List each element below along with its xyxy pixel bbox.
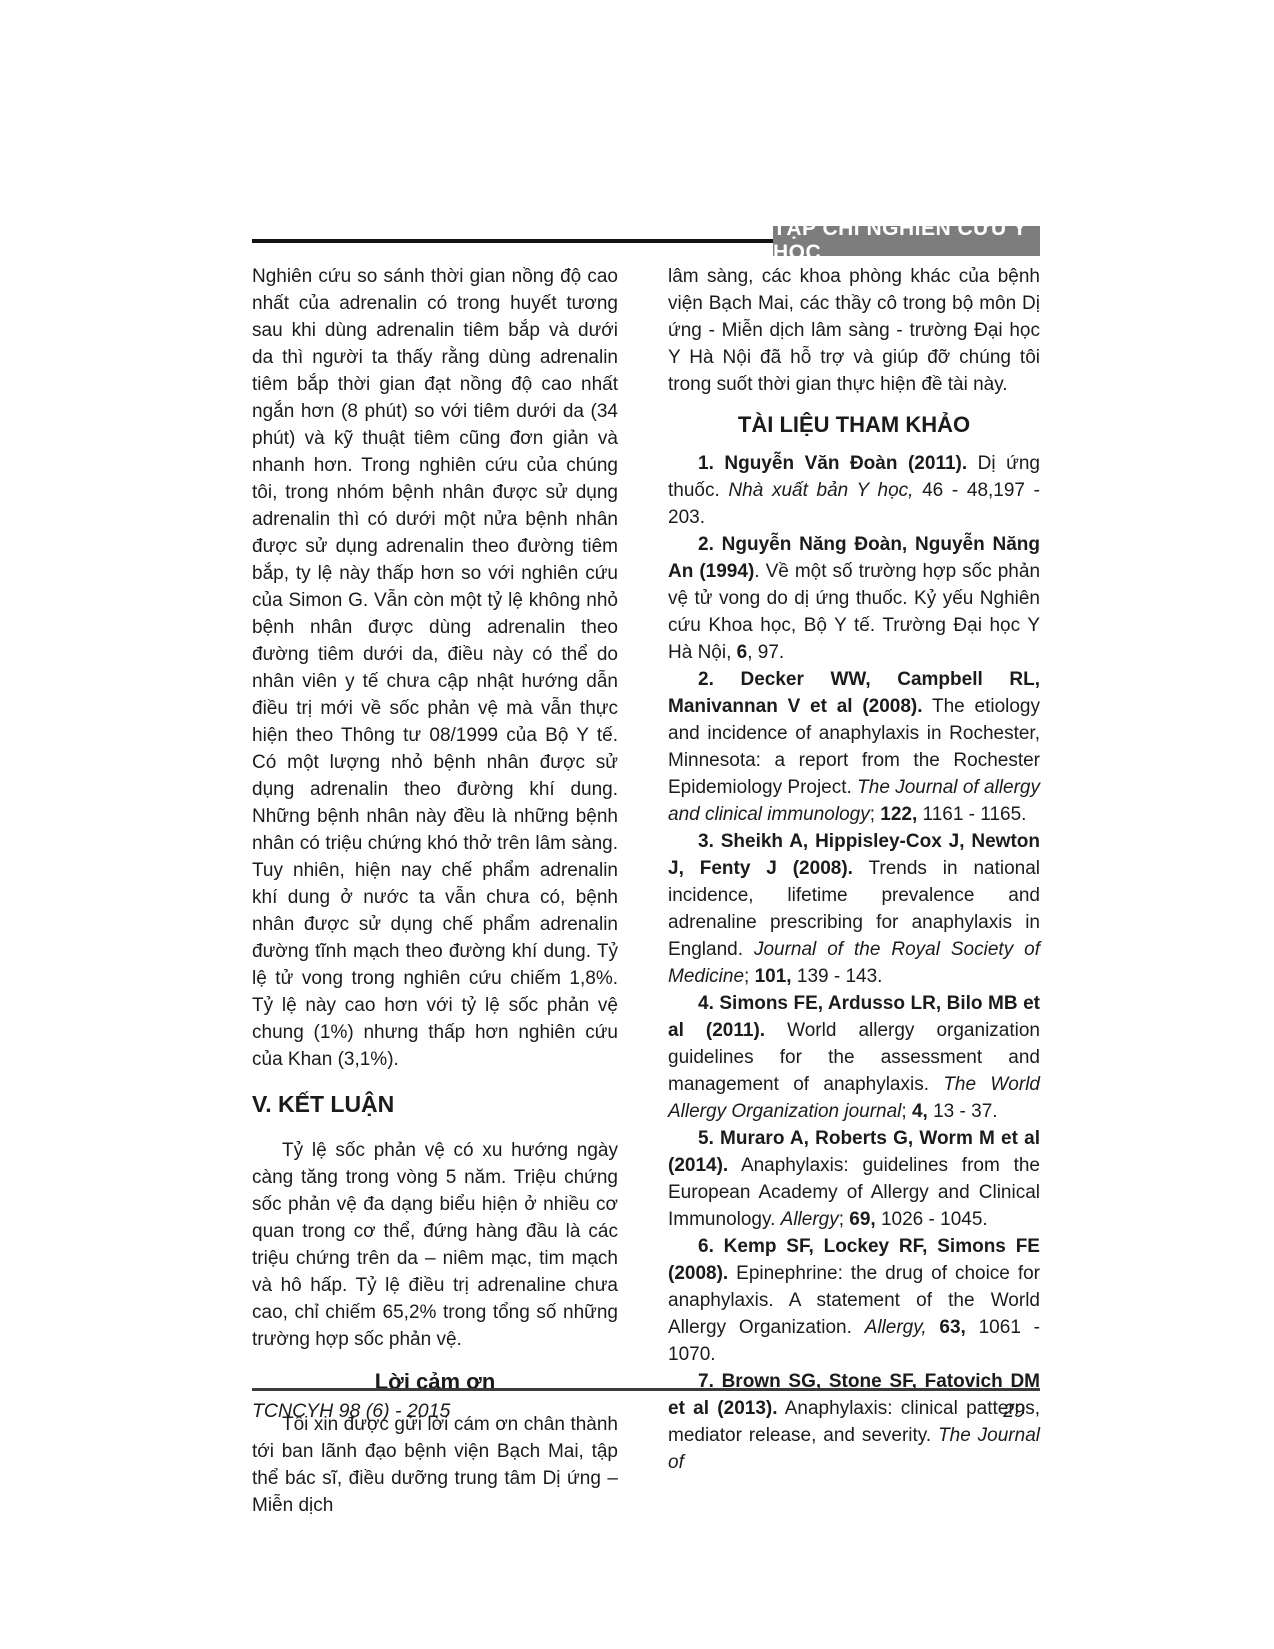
page-content: TẠP CHÍ NGHIÊN CỨU Y HỌC Nghiên cứu so s… [252, 226, 1040, 1519]
page-number: 29 [1003, 1400, 1040, 1423]
conclusion-heading: V. KẾT LUẬN [252, 1091, 618, 1118]
acknowledgement-paragraph: Tôi xin được gửi lời cám ơn chân thành t… [252, 1411, 618, 1519]
acknowledgement-continued-paragraph: lâm sàng, các khoa phòng khác của bệnh v… [668, 263, 1040, 398]
page-footer: TCNCYH 98 (6) - 2015 29 [252, 1388, 1040, 1423]
right-column: lâm sàng, các khoa phòng khác của bệnh v… [668, 263, 1040, 1519]
reference-item: 3. Sheikh A, Hippisley-Cox J, Newton J, … [668, 828, 1040, 990]
references-list: 1. Nguyễn Văn Đoàn (2011). Dị ứng thuốc.… [668, 450, 1040, 1476]
footer-rule [252, 1388, 1040, 1391]
reference-item: 6. Kemp SF, Lockey RF, Simons FE (2008).… [668, 1233, 1040, 1368]
header-rule [252, 239, 773, 243]
journal-title-badge: TẠP CHÍ NGHIÊN CỨU Y HỌC [773, 226, 1040, 256]
page-header: TẠP CHÍ NGHIÊN CỨU Y HỌC [252, 226, 1040, 256]
footer-row: TCNCYH 98 (6) - 2015 29 [252, 1400, 1040, 1423]
conclusion-paragraph: Tỷ lệ sốc phản vệ có xu hướng ngày càng … [252, 1137, 618, 1353]
two-column-layout: Nghiên cứu so sánh thời gian nồng độ cao… [252, 263, 1040, 1519]
left-column: Nghiên cứu so sánh thời gian nồng độ cao… [252, 263, 618, 1519]
discussion-paragraph: Nghiên cứu so sánh thời gian nồng độ cao… [252, 263, 618, 1073]
reference-item: 2. Nguyễn Năng Đoàn, Nguyễn Năng An (199… [668, 531, 1040, 666]
reference-item: 2. Decker WW, Campbell RL, Manivannan V … [668, 666, 1040, 828]
reference-item: 1. Nguyễn Văn Đoàn (2011). Dị ứng thuốc.… [668, 450, 1040, 531]
journal-citation: TCNCYH 98 (6) - 2015 [252, 1400, 450, 1423]
references-heading: TÀI LIỆU THAM KHẢO [668, 412, 1040, 438]
reference-item: 5. Muraro A, Roberts G, Worm M et al (20… [668, 1125, 1040, 1233]
reference-item: 4. Simons FE, Ardusso LR, Bilo MB et al … [668, 990, 1040, 1125]
journal-page: TẠP CHÍ NGHIÊN CỨU Y HỌC Nghiên cứu so s… [0, 0, 1274, 1649]
